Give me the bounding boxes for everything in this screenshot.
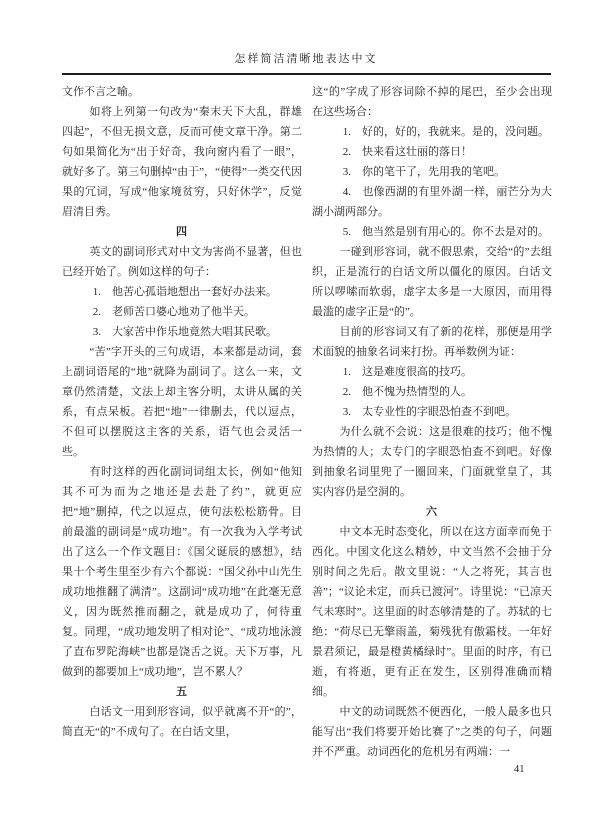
paragraph: “苦”字开头的三句成语，本来都是动词，套上副词语尾的“地”就降为副词了。这么一来… xyxy=(62,342,302,462)
paragraph: 为什么就不会说：这是很难的技巧；他不愧为热情的人；太专门的字眼恐怕查不到吧。好像… xyxy=(312,422,552,502)
list-item: 1. 这是难度很高的技巧。 xyxy=(312,362,552,382)
list-item: 2. 老师苦口婆心地劝了他半天。 xyxy=(62,302,302,322)
column-right: 这“的”字成了形容词除不掉的尾巴，至少会出现在这些场合： 1. 好的，好的，我就… xyxy=(312,82,552,762)
section-heading-4: 四 xyxy=(62,222,302,242)
list-item: 3. 大家苦中作乐地竟然大唱其民歌。 xyxy=(62,322,302,342)
section-heading-6: 六 xyxy=(312,502,552,522)
paragraph-continuation: 这“的”字成了形容词除不掉的尾巴，至少会出现在这些场合： xyxy=(312,82,552,122)
list-item: 1. 他苦心孤诣地想出一套好办法来。 xyxy=(62,282,302,302)
running-header-title: 怎样简洁清晰地表达中文 xyxy=(0,50,612,66)
paragraph: 英文的副词形式对中文为害尚不显著，但也已经开始了。例如这样的句子： xyxy=(62,242,302,282)
section-heading-5: 五 xyxy=(62,682,302,702)
header-rule xyxy=(62,73,551,75)
list-item: 4. 也像西湖的有里外湖一样，丽芒分为大湖小湖两部分。 xyxy=(312,182,552,222)
list-item: 2. 他不愧为热情型的人。 xyxy=(312,382,552,402)
text-columns: 文作不言之喻。 如将上列第一句改为“秦末天下大乱，群雄四起”，不但无损文意，反而… xyxy=(62,82,552,762)
book-page: 怎样简洁清晰地表达中文 文作不言之喻。 如将上列第一句改为“秦末天下大乱，群雄四… xyxy=(0,0,612,839)
column-left: 文作不言之喻。 如将上列第一句改为“秦末天下大乱，群雄四起”，不但无损文意，反而… xyxy=(62,82,302,762)
paragraph: 如将上列第一句改为“秦末天下大乱，群雄四起”，不但无损文意，反而可使文章干净。第… xyxy=(62,102,302,222)
paragraph-continuation: 文作不言之喻。 xyxy=(62,82,302,102)
paragraph: 目前的形容词又有了新的花样，那便是用学术面貌的抽象名词来打扮。再举数例为证： xyxy=(312,322,552,362)
paragraph: 有时这样的西化副词词组太长，例如“他知其不可为而为之地还是去赴了约”，就更应把“… xyxy=(62,462,302,682)
list-item: 2. 快来看这壮丽的落日！ xyxy=(312,142,552,162)
list-item: 3. 你的笔干了，先用我的笔吧。 xyxy=(312,162,552,182)
list-item: 1. 好的，好的，我就来。是的，没问题。 xyxy=(312,122,552,142)
paragraph: 中文本无时态变化，所以在这方面幸而免于西化。中国文化这么精妙，中文当然不会抽于分… xyxy=(312,522,552,702)
paragraph: 中文的动词既然不便西化，一般人最多也只能写出“我们将要开始比赛了”之类的句子，问… xyxy=(312,702,552,762)
list-item: 3. 太专业性的字眼恐怕查不到吧。 xyxy=(312,402,552,422)
paragraph: 白话文一用到形容词，似乎就离不开“的”，简直无“的”不成句了。在白话文里， xyxy=(62,702,302,742)
paragraph: 一碰到形容词，就不假思索，交给“的”去组织，正是流行的白话文所以僵化的原因。白话… xyxy=(312,242,552,322)
list-item: 5. 他当然是别有用心的。你不去是对的。 xyxy=(312,222,552,242)
page-number: 41 xyxy=(514,764,525,775)
